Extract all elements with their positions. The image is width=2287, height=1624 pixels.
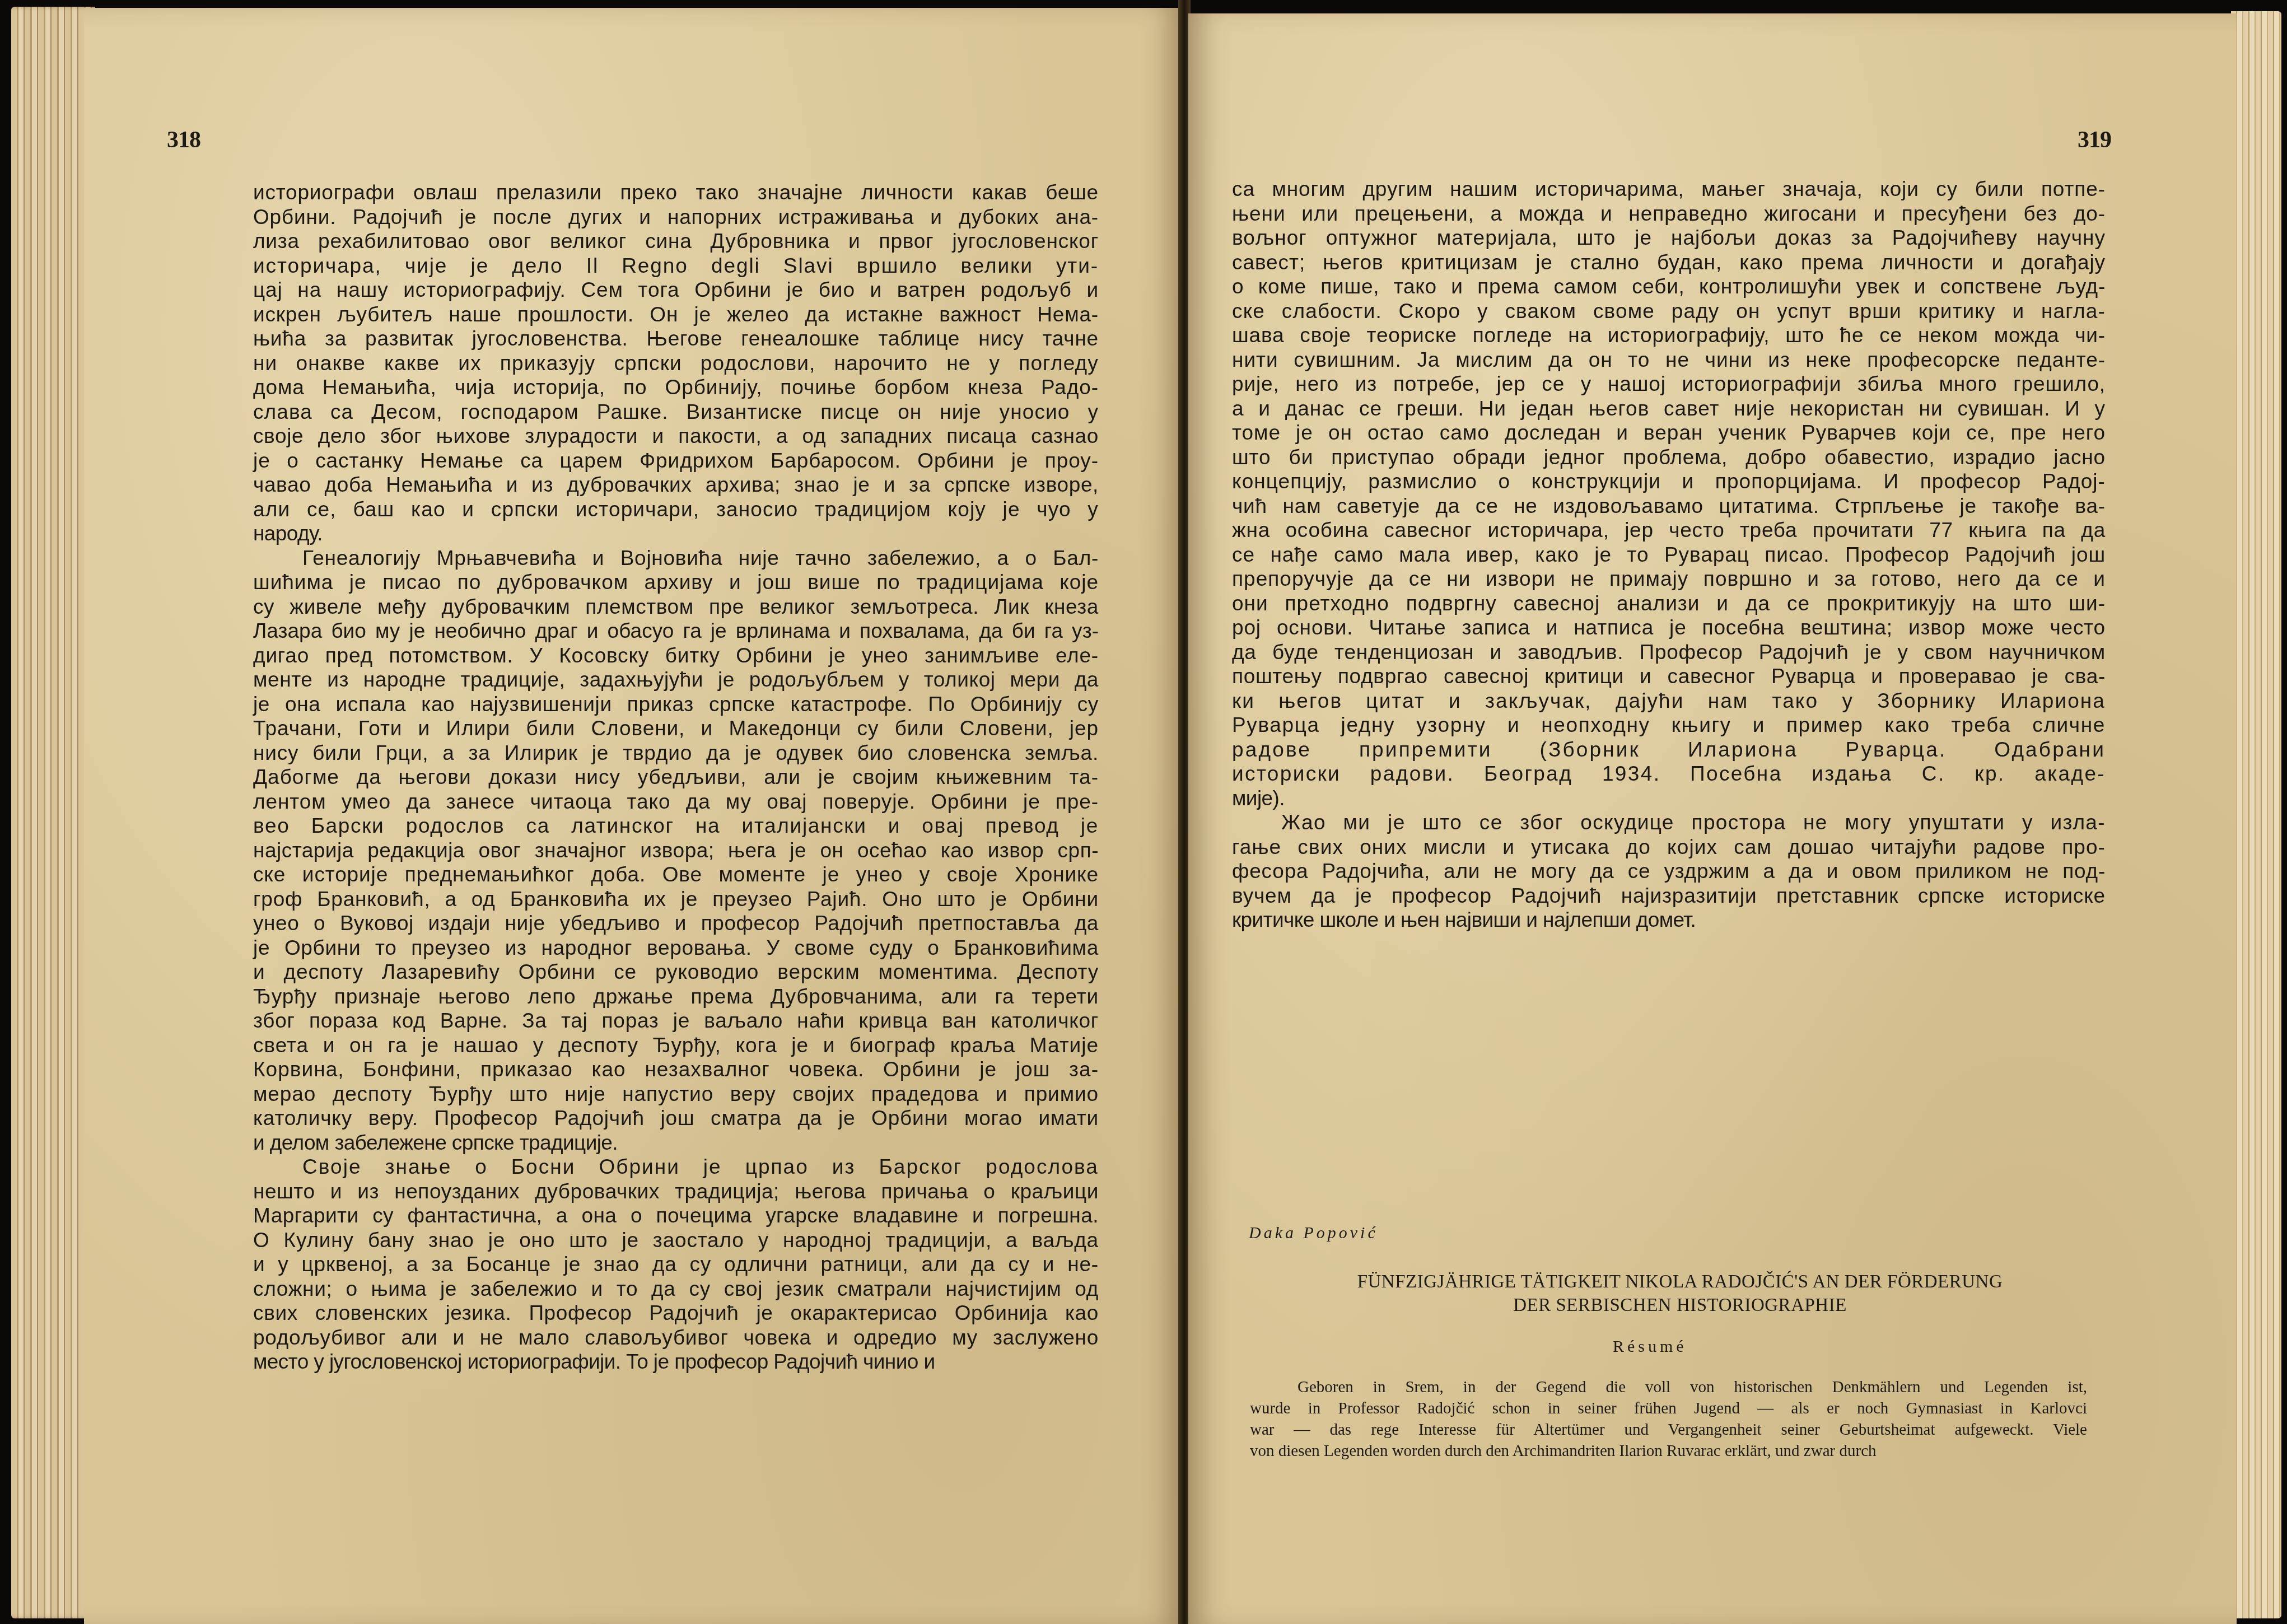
text-line: и деспоту Лазаревићу Орбини се руководио… [253, 960, 1099, 984]
text-line: а и данас се греши. Ни један његов савет… [1232, 396, 2106, 421]
resume-body-text: Geboren in Srem, in der Gegend die voll … [1250, 1376, 2087, 1462]
text-line: Своје знање о Босни Обрини је црпао из Б… [253, 1155, 1099, 1179]
text-line: Лазара био му је необично драг и обасуо … [253, 619, 1099, 643]
text-line: њени или прецењени, а можда и неправедно… [1232, 202, 2106, 226]
text-line: су живеле међу дубровачким племством пре… [253, 595, 1099, 619]
text-line: и у црквеној, а за Босанце је знао да су… [253, 1252, 1099, 1277]
text-line: слава са Десом, господаром Рашке. Визант… [253, 400, 1099, 424]
text-line: се нађе само мала ивер, како је то Рувар… [1232, 543, 2106, 567]
text-line: историографи овлаш прелазили преко тако … [253, 180, 1099, 205]
text-line: је она испала као најузвишенији приказ с… [253, 692, 1099, 717]
text-line: место у југословенској историографији. Т… [253, 1350, 1099, 1374]
text-line: али се, баш као и српски историчари, зан… [253, 497, 1099, 522]
text-line: дома Немањића, чија историја, по Орбиниј… [253, 375, 1099, 400]
left-page-edges [11, 7, 95, 1618]
right-page-body-text: са многим другим нашим историчарима, мањ… [1232, 177, 2106, 932]
text-line: са многим другим нашим историчарима, мањ… [1232, 177, 2106, 202]
text-line: Geboren in Srem, in der Gegend die voll … [1250, 1376, 2087, 1398]
text-line: искрен љубитељ наше прошлости. Он је жел… [253, 302, 1099, 327]
paragraph: Geboren in Srem, in der Gegend die voll … [1250, 1376, 2087, 1462]
text-line: von diesen Legenden worden durch den Arc… [1250, 1440, 2087, 1462]
text-line: савест; његов критицизам је стално будан… [1232, 250, 2106, 275]
paragraph: Своје знање о Босни Обрини је црпао из Б… [253, 1155, 1099, 1374]
text-line: да буде тенденциозан и заводљив. Професо… [1232, 640, 2106, 665]
text-line: вољног оптужног материјала, што је најбо… [1232, 226, 2106, 250]
text-line: њића за развитак југословенства. Његове … [253, 326, 1099, 351]
text-line: и делом забележене српске традиције. [253, 1131, 1099, 1155]
text-line: мерао деспоту Ђурђу што није напустио ве… [253, 1082, 1099, 1107]
text-line: дигао пред потомством. У Косовску битку … [253, 643, 1099, 668]
text-line: најстарија редакција овог значајног изво… [253, 838, 1099, 863]
paragraph: са многим другим нашим историчарима, мањ… [1232, 177, 2106, 810]
text-line: католичку веру. Професор Радојчић још см… [253, 1106, 1099, 1131]
text-line: рој основи. Читање записа и натписа је п… [1232, 615, 2106, 640]
text-line: лиза рехабилитовао овог великог сина Дуб… [253, 229, 1099, 254]
right-page-edges [2231, 11, 2281, 1618]
text-line: поштењу подвргао савесној критици и саве… [1232, 664, 2106, 689]
text-line: фесора Радојчића, али не могу да се уздр… [1232, 859, 2106, 884]
text-line: је о састанку Немање са царем Фридрихом … [253, 449, 1099, 473]
text-line: Орбини. Радојчић је после дугих и напорн… [253, 205, 1099, 230]
paragraph: Жао ми је што се због оскудице простора … [1232, 810, 2106, 932]
text-line: мије). [1232, 786, 2106, 811]
summary-author: Daka Popović [1249, 1224, 1378, 1243]
text-line: Маргарити су фантастична, а она о почеци… [253, 1203, 1099, 1228]
summary-title-line-1: FÜNFZIGJÄHRIGE TÄTIGKEIT NIKOLA RADOJČIĆ… [1254, 1270, 2106, 1294]
text-line: шава своје теориске погледе на историогр… [1232, 323, 2106, 348]
text-line: вучем да је професор Радојчић најизразит… [1232, 884, 2106, 908]
text-line: Жао ми је што се због оскудице простора … [1232, 810, 2106, 835]
resume-heading: Résumé [1613, 1337, 1687, 1356]
text-line: родољубивог али и не мало славољубивог ч… [253, 1326, 1099, 1350]
text-line: ске слабости. Скоро у сваком своме раду … [1232, 299, 2106, 324]
page-number-left: 318 [167, 127, 200, 153]
page-number-right: 319 [2078, 127, 2111, 153]
text-line: Дабогме да његови докази нису убедљиви, … [253, 765, 1099, 790]
text-line: томе је он остао само доследан и веран у… [1232, 421, 2106, 445]
text-line: жна особина савесног историчара, јер чес… [1232, 518, 2106, 543]
text-line: је Орбини то преузео из народног веровањ… [253, 936, 1099, 960]
text-line: нешто и из непоузданих дубровачких тради… [253, 1179, 1099, 1204]
text-line: препоручује да се ни извори не примају п… [1232, 567, 2106, 591]
text-line: Генеалогију Мрњавчевића и Војновића није… [253, 546, 1099, 571]
text-line: нису били Грци, а за Илирик је тврдио да… [253, 741, 1099, 766]
text-line: свих словенских језика. Професор Радојчи… [253, 1301, 1099, 1326]
text-line: менте из народне традиције, задахњујући … [253, 668, 1099, 692]
text-line: ске историје преднемањићког доба. Ове мо… [253, 862, 1099, 887]
text-line: они претходно подвргну савесној анализи … [1232, 591, 2106, 616]
text-line: о коме пише, тако и према самом себи, ко… [1232, 274, 2106, 299]
text-line: О Кулину бану знао је оно што је заостал… [253, 1228, 1099, 1253]
text-line: света и он га је нашао у деспоту Ђурђу, … [253, 1033, 1099, 1058]
text-line: рије, него из потребе, јер се у нашој ис… [1232, 372, 2106, 396]
text-line: вео Барски родослов са латинског на итал… [253, 814, 1099, 838]
text-line: историски радови. Београд 1934. Посебна … [1232, 762, 2106, 786]
text-line: wurde in Professor Radojčić schon in sei… [1250, 1398, 2087, 1419]
text-line: историчара, чије је дело Il Regno degli … [253, 254, 1099, 278]
text-line: унео о Вуковој издаји није убедљиво и пр… [253, 911, 1099, 936]
text-line: Ђурђу признаје његово лепо држање према … [253, 984, 1099, 1009]
open-book-scan: 318 историографи овлаш прелазили преко т… [0, 0, 2287, 1624]
text-line: критичке школе и њен највиши и најлепши … [1232, 908, 2106, 932]
text-line: лентом умео да занесе читаоца тако да му… [253, 790, 1099, 814]
text-line: због пораза код Варне. За тај пораз је в… [253, 1009, 1099, 1033]
text-line: ки његов цитат и закључак, дајући нам та… [1232, 689, 2106, 713]
text-line: цај на нашу историографију. Сем тога Орб… [253, 278, 1099, 302]
text-line: радове припремити (Зборник Илариона Рува… [1232, 738, 2106, 762]
paragraph: историографи овлаш прелазили преко тако … [253, 180, 1099, 546]
text-line: народу. [253, 521, 1099, 546]
text-line: чавао доба Немањића и из дубровачких арх… [253, 473, 1099, 497]
paragraph: Генеалогију Мрњавчевића и Војновића није… [253, 546, 1099, 1155]
text-line: своје дело због њихове злурадости и пако… [253, 424, 1099, 449]
text-line: чић нам саветује да се не издовољавамо ц… [1232, 494, 2106, 519]
text-line: шићима је писао по дубровачком архиву и … [253, 570, 1099, 595]
left-page-body-text: историографи овлаш прелазили преко тако … [253, 180, 1099, 1374]
text-line: сложни; о њима је забележио и то да су с… [253, 1277, 1099, 1301]
text-line: концепцију, размислио о конструкцији и п… [1232, 469, 2106, 494]
summary-title-line-2: DER SERBISCHEN HISTORIOGRAPHIE [1254, 1294, 2106, 1317]
text-line: Трачани, Готи и Илири били Словени, и Ма… [253, 716, 1099, 741]
text-line: нити сувишним. Ја мислим да он то не чин… [1232, 348, 2106, 372]
text-line: гроф Бранковић, а од Бранковића их је пр… [253, 887, 1099, 912]
summary-title: FÜNFZIGJÄHRIGE TÄTIGKEIT NIKOLA RADOJČIĆ… [1254, 1270, 2106, 1317]
text-line: што би приступао обради једног проблема,… [1232, 445, 2106, 470]
text-line: ни онакве какве их приказују српски родо… [253, 351, 1099, 376]
text-line: Корвина, Бонфини, приказао као незахвалн… [253, 1057, 1099, 1082]
text-line: Руварца једну узорну и неопходну књигу и… [1232, 713, 2106, 738]
text-line: war — das rege Interesse für Altertümer … [1250, 1419, 2087, 1440]
text-line: гање свих оних мисли и утисака до којих … [1232, 835, 2106, 860]
